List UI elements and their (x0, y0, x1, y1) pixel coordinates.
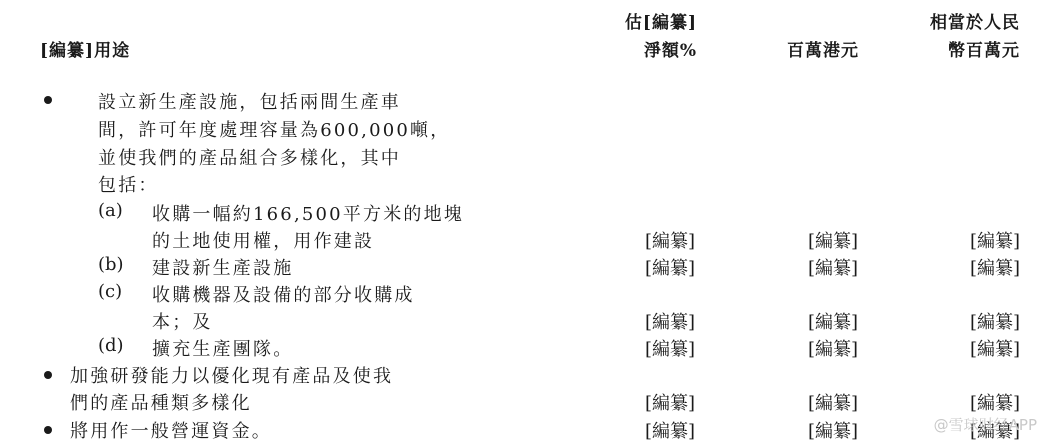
bullet-icon (44, 96, 52, 104)
header-purpose: [編纂]用途 (40, 36, 130, 61)
sub-item-d-net-pct: [編纂] (645, 335, 695, 361)
item-3-net-pct: [編纂] (645, 417, 695, 443)
sub-item-b-net-pct: [編纂] (645, 254, 695, 280)
item-1-line-3: 並使我們的產品組合多樣化，其中 (98, 144, 401, 170)
item-3-line-1: 將用作一般營運資金。 (70, 417, 272, 443)
sub-item-c-hkd: [編纂] (808, 308, 858, 334)
sub-item-b-hkd: [編纂] (808, 254, 858, 280)
sub-item-b-line-1: 建設新生產設施 (152, 254, 293, 280)
sub-item-a-hkd: [編纂] (808, 227, 858, 253)
item-1-line-1: 設立新生產設施，包括兩間生產車 (98, 88, 401, 114)
sub-item-c-net-pct: [編纂] (645, 308, 695, 334)
header-net-pct-line1: 估[編纂] (625, 8, 697, 33)
header-hkd: 百萬港元 (787, 36, 859, 61)
bullet-icon (44, 371, 52, 379)
sub-item-a-net-pct: [編纂] (645, 227, 695, 253)
item-2-net-pct: [編纂] (645, 389, 695, 415)
sub-item-a-line-2: 的土地使用權，用作建設 (152, 227, 374, 253)
item-1-line-4: 包括： (98, 171, 159, 197)
sub-item-c-line-1: 收購機器及設備的部分收購成 (152, 281, 415, 307)
sub-item-d-line-1: 擴充生產團隊。 (152, 335, 293, 361)
bullet-icon (44, 426, 52, 434)
sub-item-c-line-2: 本；及 (152, 308, 213, 334)
item-1-line-2: 間，許可年度處理容量為600,000噸， (98, 116, 450, 142)
sub-item-a-line-1: 收購一幅約166,500平方米的地塊 (152, 200, 464, 226)
sub-item-d-label: (d) (98, 335, 124, 356)
sub-item-d-rmb: [編纂] (970, 335, 1020, 361)
watermark: @雪球财经APP (934, 414, 1037, 435)
header-rmb-line2: 幣百萬元 (948, 36, 1020, 61)
item-2-line-1: 加強研發能力以優化現有產品及使我 (70, 362, 393, 388)
sub-item-c-rmb: [編纂] (970, 308, 1020, 334)
sub-item-d-hkd: [編纂] (808, 335, 858, 361)
item-2-line-2: 們的產品種類多樣化 (70, 389, 252, 415)
sub-item-b-rmb: [編纂] (970, 254, 1020, 280)
header-rmb-line1: 相當於人民 (930, 8, 1020, 33)
sub-item-a-rmb: [編纂] (970, 227, 1020, 253)
header-net-pct-line2: 淨額% (644, 36, 697, 61)
sub-item-b-label: (b) (98, 254, 124, 275)
sub-item-c-label: (c) (98, 281, 122, 302)
item-3-hkd: [編纂] (808, 417, 858, 443)
item-2-rmb: [編纂] (970, 389, 1020, 415)
sub-item-a-label: (a) (98, 200, 123, 221)
item-2-hkd: [編纂] (808, 389, 858, 415)
